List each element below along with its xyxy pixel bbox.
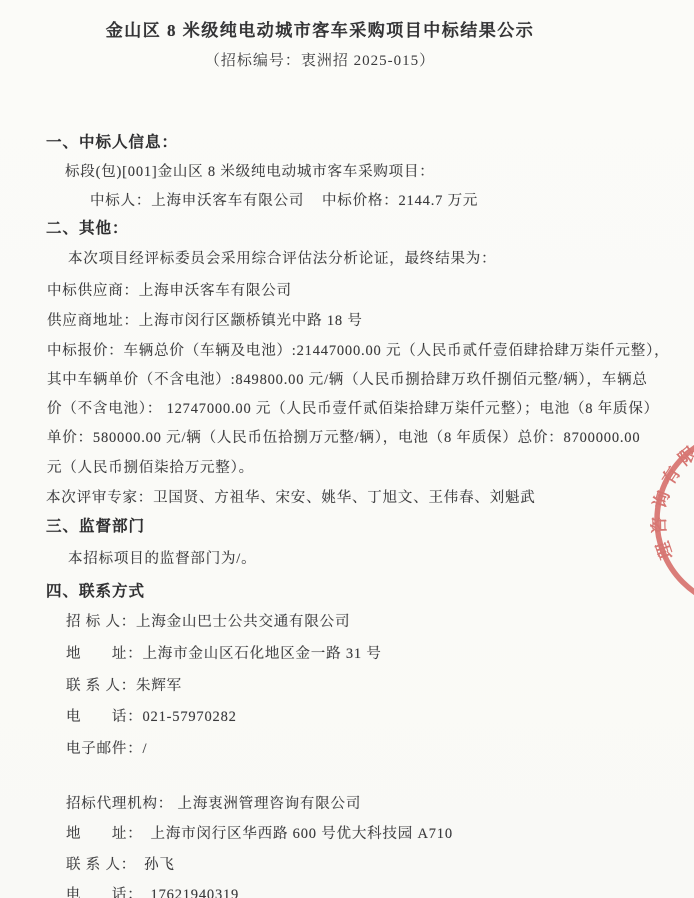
section-4-heading: 四、联系方式 xyxy=(46,579,145,601)
bid-price-line-1: 中标报价：车辆总价（车辆及电池）:21447000.00 元（人民币贰仟壹佰肆拾… xyxy=(47,339,669,360)
evaluation-method-line: 本次项目经评标委员会采用综合评估法分析论证，最终结果为： xyxy=(68,247,496,268)
doc-title: 金山区 8 米级纯电动城市客车采购项目中标结果公示 xyxy=(0,16,640,41)
company-seal-stamp: 理咨询有限 xyxy=(600,420,694,630)
section-2-heading: 二、其他： xyxy=(46,216,129,238)
tenderer-email-line: 电子邮件：/ xyxy=(66,737,147,758)
bid-price-line-4: 单价：580000.00 元/辆（人民币伍拾捌万元整/辆），电池（8 年质保）总… xyxy=(47,426,640,447)
package-line: 标段(包)[001]金山区 8 米级纯电动城市客车采购项目： xyxy=(65,160,435,181)
tender-number-subtitle: （招标编号：衷洲招 2025-015） xyxy=(0,49,640,70)
supervision-body: 本招标项目的监督部门为/。 xyxy=(68,547,256,568)
agency-contact-line: 联 系 人： 孙飞 xyxy=(66,853,175,874)
bid-price-line-5: 元（人民币捌佰柒拾万元整）。 xyxy=(47,456,254,477)
agency-address-line: 地 址： 上海市闵行区华西路 600 号优大科技园 A710 xyxy=(66,822,453,843)
seal-arc-text: 理咨询有限 xyxy=(649,439,694,562)
agency-name-line: 招标代理机构： 上海衷洲管理咨询有限公司 xyxy=(66,792,361,813)
bid-price-line-3: 价（不含电池）： 12747000.00 元（人民币壹仟贰佰柒拾肆万柒仟元整）；… xyxy=(47,397,659,418)
tenderer-address-line: 地 址：上海市金山区石化地区金一路 31 号 xyxy=(66,642,382,663)
review-experts-line: 本次评审专家：卫国贤、方祖华、宋安、姚华、丁旭文、王伟春、刘魁武 xyxy=(46,486,536,507)
winning-price: 中标价格：2144.7 万元 xyxy=(322,189,478,210)
agency-phone-line: 电 话： 17621940319 xyxy=(66,883,239,898)
seal-ring xyxy=(657,432,694,608)
bid-price-line-2: 其中车辆单价（不含电池）:849800.00 元/辆（人民币捌拾肆万玖仟捌佰元整… xyxy=(47,368,648,389)
section-1-heading: 一、中标人信息： xyxy=(46,130,178,152)
tenderer-contact-line: 联 系 人：朱辉军 xyxy=(66,674,182,695)
scanned-document-page: { "page": { "title": "金山区 8 米级纯电动城市客车采购项… xyxy=(0,0,694,898)
winner-line: 中标人：上海申沃客车有限公司 xyxy=(90,189,304,210)
tenderer-name-line: 招 标 人：上海金山巴士公共交通有限公司 xyxy=(66,610,350,631)
tenderer-phone-line: 电 话：021-57970282 xyxy=(66,705,237,726)
supplier-line: 中标供应商：上海申沃客车有限公司 xyxy=(47,279,292,300)
supplier-address-line: 供应商地址：上海市闵行区颛桥镇光中路 18 号 xyxy=(47,309,363,330)
section-3-heading: 三、监督部门 xyxy=(46,514,145,536)
